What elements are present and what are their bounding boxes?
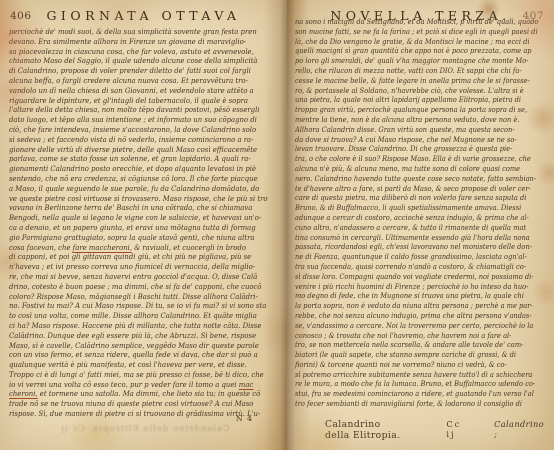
text-line: trade nō se ne truova niuna di queste pi… — [9, 399, 262, 409]
text-line: rebbe, che noi senza alcuno indugio, pri… — [295, 311, 522, 321]
text-line: da dove si truova? A cui Maso rispose, c… — [295, 135, 522, 145]
page-right: NOVELLA TERZA. 407 na sono i macigni da … — [287, 0, 554, 450]
text-line: parlava, come se stato fosse un solenne,… — [9, 154, 262, 164]
text-line: Maso, sì è cavelle, Calādrino semplice, … — [9, 341, 262, 351]
text-line: Bruno, & di Buffalmacco, li quali spetia… — [295, 203, 522, 213]
text-line: Bengodi, nella quale si legano le vigne … — [9, 213, 262, 223]
text-line: adunque a cercar di costoro, acciochè se… — [295, 213, 522, 223]
text-line: Allhora Calandrin disse. Gran virtù son … — [295, 125, 522, 135]
text-line: la porta sopra, non è veduto da niuna al… — [295, 301, 522, 311]
text-line: a Maso, il quale seguendo le sue parole,… — [9, 184, 262, 194]
text-line: quelli macigni sì gran quantità che appo… — [295, 46, 522, 56]
text-line: mo degno di fede, che in Mugnone si truo… — [295, 291, 522, 301]
text-line: là, che da Dio vengono le gratie, & da M… — [295, 37, 522, 47]
text-line: re, che mai si bevve, senza havervi entr… — [9, 272, 262, 282]
text-line: tro fecer sembianti di maravigliarsi for… — [295, 399, 522, 409]
text-line: qualunque verità è più manifesta, et cos… — [9, 360, 262, 370]
text-line: ro, & portassele al Soldano, n'havrebbe … — [295, 86, 522, 96]
text-line: conosco ; & trovata che noi l'havremo, c… — [295, 331, 522, 341]
text-line: una pietra, la quale noi altri lapidarij… — [295, 95, 522, 105]
text-line: troppo gran virtù, perciochè qualunque p… — [295, 105, 522, 115]
text-line: rello, che rilucon di mezza notte, vatti… — [295, 66, 522, 76]
text-line: care di questa pietra, ma diliberò di no… — [295, 193, 522, 203]
text-line: fiorini) & torcene quanti noi ne vorremo… — [295, 360, 522, 370]
text-line: drino, cotesto è buon paese ; ma dimmi, … — [9, 282, 262, 292]
text-line: te d'havere altro a fare, si partì da Ma… — [295, 184, 522, 194]
text-line: di capponi, et poi gli gittavan quindi g… — [9, 252, 262, 262]
text-line: devano. Era similmente allhora in Firenz… — [9, 37, 262, 47]
text-line: levan truovare. Disse Calandrino. Di che… — [295, 144, 522, 154]
text-line: ca a denaio, et un papero giunta, et era… — [9, 223, 262, 233]
catchword: Calandrino ; — [494, 419, 544, 439]
text-line: sa piacevolezza in ciascuna cosa, che fa… — [9, 47, 262, 57]
text-line: con un viso fermo, et senza ridere, quel… — [9, 350, 262, 360]
text-line: vavano in Berlinzone terra de' Baschi in… — [9, 203, 262, 213]
text-line: stui, fra se medesimi cominciarono a rid… — [295, 389, 522, 399]
text-line: riguardare le dipinture, et gl'intagli d… — [9, 96, 262, 106]
text-line: se, v'andassimo a cercare. Noi la trover… — [295, 321, 522, 331]
text-line: vandolo un dì nella chiesa di san Giovan… — [9, 86, 262, 96]
text-line: ve queste pietre così virtuose si trovas… — [9, 194, 262, 204]
text-line: cesse le macine belle, & fatte legare in… — [295, 76, 522, 86]
text-line: sentendo, che nō era credenza, si cōgiun… — [9, 174, 262, 184]
text-line: sì potremo arricchire subitamente senza … — [295, 370, 522, 380]
running-title-left: GIORNATA OTTAVA — [8, 8, 279, 23]
page-left-header: 406 GIORNATA OTTAVA — [8, 8, 279, 24]
text-line: chiamato Maso del Saggio, il quale udend… — [9, 56, 262, 66]
text-line: Troppo ci è di lungi a' fatti miei, ma s… — [9, 370, 262, 380]
text-line: tra sua faccenda, quasi correndo n'andò … — [295, 262, 522, 272]
signature-mark-left: N 4 — [236, 414, 253, 423]
text-line: n'haveva ; et ivi presso correva uno fiu… — [9, 262, 262, 272]
text-line: biatori (le quali sapete, che stanno sem… — [295, 350, 522, 360]
text-line: gionamenti Calandrino posto orecchie, et… — [9, 164, 262, 174]
text-line: alcuna beffa, o fargli credere alcuna nu… — [9, 76, 262, 86]
text-line: no. Fostivi tu mai? A cui Maso rispose. … — [9, 301, 262, 311]
text-line: po loro gli smeraldi, de' quali v'ha mag… — [295, 56, 522, 66]
text-line: gionare delle virtù di diverse pietre, d… — [9, 145, 262, 155]
text-line: na sono i macigni da Settignano, et da M… — [295, 17, 522, 27]
text-line: Calādrino. Dunque dee egli essere più là… — [9, 331, 262, 341]
text-line: ne di Faenza, quantunque il caldo fosse … — [295, 252, 522, 262]
text-line: cosa facevan, che fare maccheroni, & rav… — [9, 243, 262, 253]
text-line: di Calandrino, propose di voler prender … — [9, 66, 262, 76]
body-text-right: na sono i macigni da Settignano, et da M… — [295, 17, 547, 409]
text-line: alcuna n'è più, & alcuna meno, ma tutte … — [295, 164, 522, 174]
text-line: tra, o che colore è il suo? Rispose Maso… — [295, 154, 522, 164]
text-line: tina consumò in cercargli. Ultimamente e… — [295, 233, 522, 243]
text-line: tro, se non mettercela nella scarsella, … — [295, 340, 522, 350]
footer-chapter-line: Calandrino della Elitropia. — [325, 419, 408, 441]
text-line: coloro? Rispose Maso, māgiansegli i Basc… — [9, 292, 262, 302]
text-line: re le mura, a modo che fa la lumaca. Bru… — [295, 379, 522, 389]
text-line: to così una volta, come mille. Disse all… — [9, 311, 262, 321]
text-line: passata, ricordandosi egli, ch'essi lavo… — [295, 242, 522, 252]
text-line: dato luogo, et tēpo alla sua intentione … — [9, 115, 262, 125]
text-line: mentre la tiene, non è da alcuna altra p… — [295, 115, 522, 125]
text-line: l'altare della detta chiesa, non molto t… — [9, 105, 262, 115]
text-line: cuno altro, n'andassero a cercare, & tut… — [295, 223, 522, 233]
body-text-left: perciochè de' modi suoi, & della sua sim… — [9, 27, 281, 419]
text-line: gio Parmigiano grattugiato, sopra la qua… — [9, 233, 262, 243]
signature-mark-right: Cc ij — [446, 419, 464, 439]
page-number-left: 406 — [10, 10, 32, 22]
text-line: rispose. Sì, due maniere di pietre ci si… — [9, 409, 262, 419]
text-line: ciò, che fare intendeva, insieme s'accos… — [9, 125, 262, 135]
book-spread: 406 GIORNATA OTTAVA perciochè de' modi s… — [0, 0, 554, 450]
text-line: venire i più ricchi huomini di Firenze ;… — [295, 282, 522, 292]
page-right-footer: Calandrino della Elitropia. Cc ij Caland… — [295, 419, 544, 441]
text-line: perciochè de' modi suoi, & della sua sim… — [9, 27, 262, 37]
text-line: ci ha? Maso rispose. Haccene più di mill… — [9, 321, 262, 331]
text-line: son macine fatti, se ne fa la farina ; e… — [295, 27, 522, 37]
text-line: sì disse loro. Compagni quando voi vogli… — [295, 272, 522, 282]
show-through-ghost-text: Calandrino della Elitropia. Cc ij — [40, 424, 250, 434]
text-line: cheroni, et tormene una satolla. Ma dimm… — [9, 389, 262, 399]
text-line: si sedeva ; et faccendo vista di nō vede… — [9, 135, 262, 145]
text-line: nero. Calandrino havendo tutte queste co… — [295, 174, 522, 184]
text-line: io vi verrei una volta cō esso teco, pur… — [9, 380, 262, 390]
page-left: 406 GIORNATA OTTAVA perciochè de' modi s… — [0, 0, 287, 450]
